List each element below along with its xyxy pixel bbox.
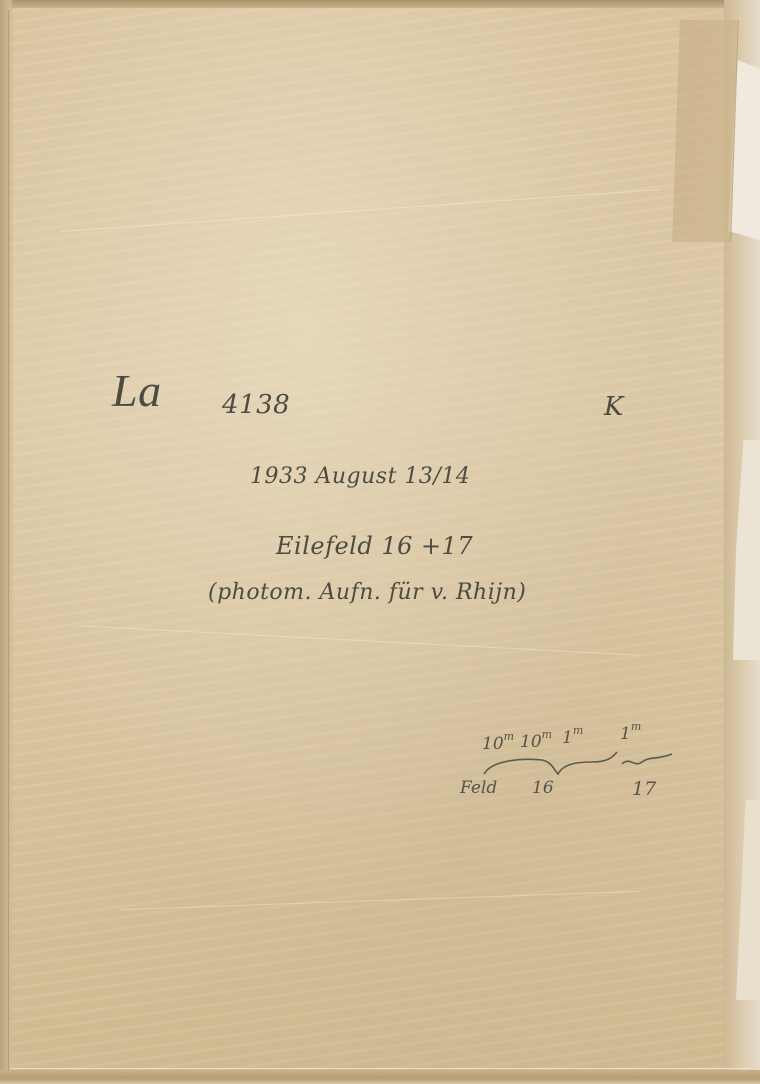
grouping-brace-icon [482, 748, 682, 778]
bottom-fold-line [10, 1068, 750, 1069]
exposure-counts: 10m 10m 1m 1m Feld 16 17 [482, 710, 702, 810]
count-item: 1m [562, 724, 583, 748]
count-item: 1m [620, 720, 641, 744]
bottom-edge [0, 1070, 760, 1084]
description-line: (photom. Aufn. für v. Rhijn) [208, 580, 526, 605]
field-number-17: 17 [632, 778, 656, 800]
location-line: Eilefeld 16 +17 [276, 532, 473, 560]
paper-crease [120, 891, 640, 910]
field-label: Feld [460, 778, 497, 798]
folder-sheet: La 4138 K 1933 August 13/14 Eilefeld 16 … [0, 0, 760, 1084]
mark-k: K [604, 392, 624, 422]
paper-crease [80, 625, 639, 655]
date-line: 1933 August 13/14 [250, 464, 470, 489]
left-edge [0, 0, 14, 1084]
call-number: 4138 [222, 390, 290, 420]
field-number-16: 16 [532, 778, 554, 798]
top-edge [8, 0, 753, 8]
tape-strip [672, 20, 739, 242]
call-mark: La [112, 364, 162, 417]
left-fold-line [8, 10, 9, 1070]
paper-crease [61, 189, 660, 232]
